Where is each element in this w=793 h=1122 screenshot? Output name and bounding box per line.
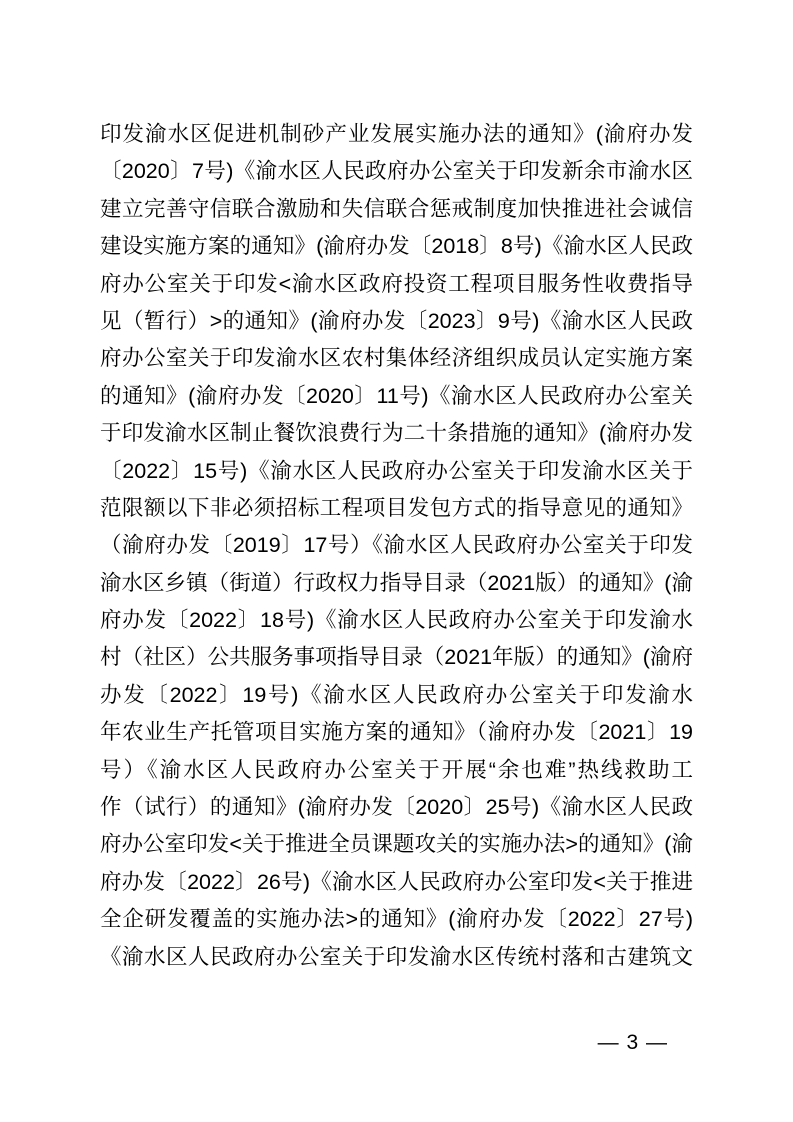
text-line: 印发渝水区促进机制砂产业发展实施办法的通知》(渝府办发: [100, 116, 693, 153]
text-line: 建立完善守信联合激励和失信联合惩戒制度加快推进社会诚信: [100, 191, 693, 228]
text-line: 〔2020〕7号)《渝水区人民政府办公室关于印发新余市渝水区: [100, 153, 693, 190]
text-line: 〔2022〕15号)《渝水区人民政府办公室关于印发渝水区关于规: [100, 453, 693, 490]
text-line: （渝府办发〔2019〕17号）《渝水区人民政府办公室关于印发: [100, 527, 693, 564]
text-line: 于印发渝水区制止餐饮浪费行为二十条措施的通知》(渝府办发: [100, 415, 693, 452]
text-line: 府办公室关于印发<渝水区政府投资工程项目服务性收费指导意: [100, 266, 693, 303]
text-line: 范限额以下非必须招标工程项目发包方式的指导意见的通知》: [100, 490, 693, 527]
text-line: 府办公室关于印发渝水区农村集体经济组织成员认定实施方案: [100, 340, 693, 377]
document-page: 印发渝水区促进机制砂产业发展实施办法的通知》(渝府办发〔2020〕7号)《渝水区…: [0, 0, 793, 1122]
text-line: 作（试行）的通知》(渝府办发〔2020〕25号)《渝水区人民政: [100, 789, 693, 826]
text-line: 村（社区）公共服务事项指导目录（2021年版）的通知》(渝府: [100, 639, 693, 676]
text-line: 府办发〔2022〕18号)《渝水区人民政府办公室关于印发渝水区: [100, 602, 693, 639]
text-line: 的通知》(渝府办发〔2020〕11号)《渝水区人民政府办公室关: [100, 378, 693, 415]
text-line: 《渝水区人民政府办公室关于印发渝水区传统村落和古建筑文: [100, 939, 693, 976]
text-line: 府办公室印发<关于推进全员课题攻关的实施办法>的通知》(渝: [100, 826, 693, 863]
page-number: — 3 —: [598, 1031, 668, 1055]
text-line: 渝水区乡镇（街道）行政权力指导目录（2021版）的通知》(渝: [100, 565, 693, 602]
text-line: 全企研发覆盖的实施办法>的通知》(渝府办发〔2022〕27号): [100, 901, 693, 938]
text-line: 见（暂行）>的通知》(渝府办发〔2023〕9号)《渝水区人民政: [100, 303, 693, 340]
text-line: 府办发〔2022〕26号)《渝水区人民政府办公室印发<关于推进: [100, 864, 693, 901]
text-line: 年农业生产托管项目实施方案的通知》（渝府办发〔2021〕19: [100, 714, 693, 751]
text-line: 办发〔2022〕19号)《渝水区人民政府办公室关于印发渝水2021: [100, 677, 693, 714]
text-line: 号）《渝水区人民政府办公室关于开展“余也难”热线救助工: [100, 752, 693, 789]
text-line: 建设实施方案的通知》(渝府办发〔2018〕8号)《渝水区人民政: [100, 228, 693, 265]
document-body: 印发渝水区促进机制砂产业发展实施办法的通知》(渝府办发〔2020〕7号)《渝水区…: [100, 116, 693, 976]
